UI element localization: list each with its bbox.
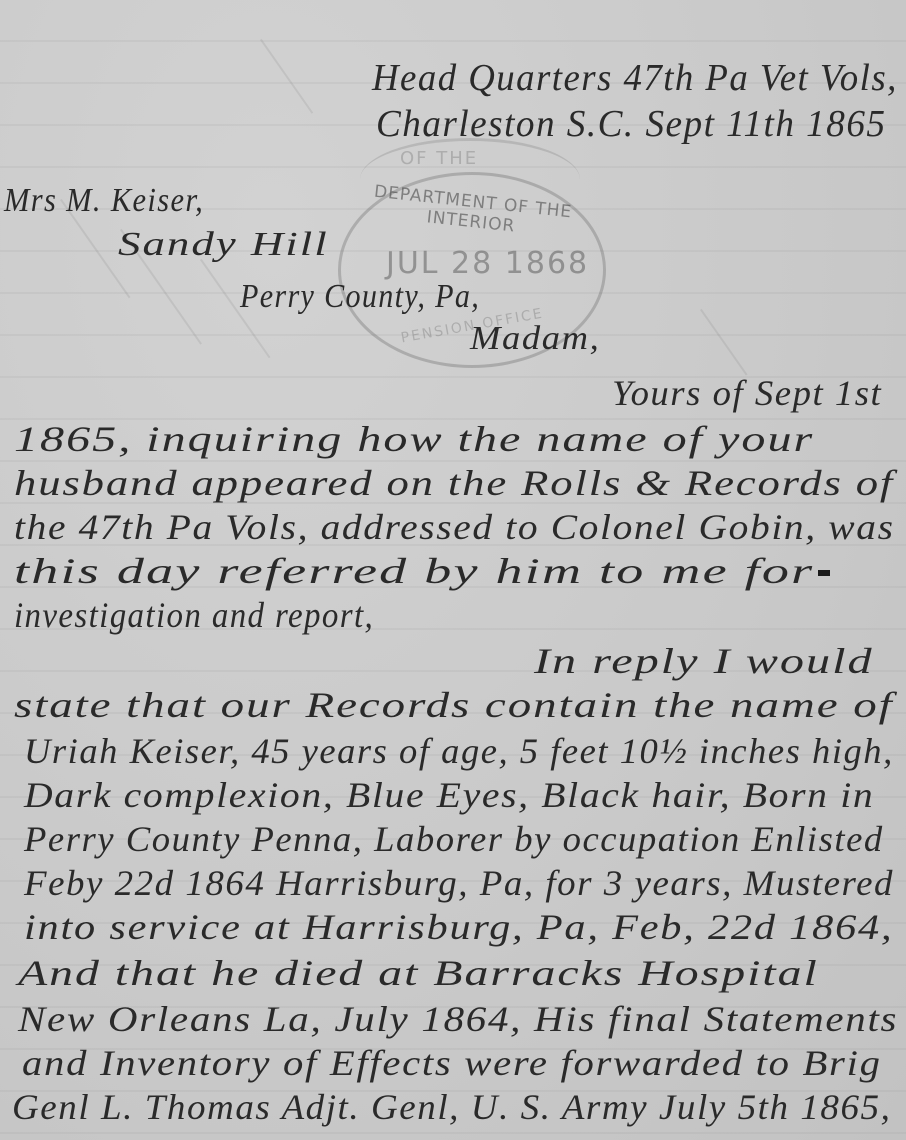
addressee-county: Perry County, Pa, [240, 278, 480, 316]
body-line: Feby 22d 1864 Harrisburg, Pa, for 3 year… [24, 862, 894, 904]
addressee-name: Mrs M. Keiser, [4, 182, 204, 220]
body-line: into service at Harrisburg, Pa, Feb, 22d… [24, 906, 893, 948]
body-line: And that he died at Barracks Hospital [18, 952, 819, 994]
letter-heading-line-1: Head Quarters 47th Pa Vet Vols, [372, 56, 898, 100]
ghost-stamp-text: OF THE [400, 148, 478, 169]
ink-blot [818, 570, 830, 576]
body-line: In reply I would [534, 640, 874, 682]
body-line: Yours of Sept 1st [612, 372, 882, 414]
body-line: the 47th Pa Vols, addressed to Colonel G… [14, 506, 895, 548]
body-line: husband appeared on the Rolls & Records … [14, 462, 894, 504]
body-line: and Inventory of Effects were forwarded … [22, 1042, 882, 1084]
body-line: Uriah Keiser, 45 years of age, 5 feet 10… [24, 730, 894, 772]
body-line: 1865, inquiring how the name of your [14, 418, 814, 460]
body-line: state that our Records contain the name … [14, 684, 894, 726]
body-line: this day referred by him to me for [14, 550, 814, 592]
addressee-place: Sandy Hill [118, 226, 329, 264]
body-line: investigation and report, [14, 594, 374, 636]
body-line: Genl L. Thomas Adjt. Genl, U. S. Army Ju… [12, 1086, 891, 1128]
body-line: Dark complexion, Blue Eyes, Black hair, … [24, 774, 874, 816]
salutation: Madam, [470, 320, 600, 358]
body-line: New Orleans La, July 1864, His final Sta… [18, 998, 898, 1040]
letter-heading-line-2: Charleston S.C. Sept 11th 1865 [376, 102, 886, 146]
stamp-date: JUL 28 1868 [386, 246, 589, 281]
body-line: Perry County Penna, Laborer by occupatio… [24, 818, 884, 860]
